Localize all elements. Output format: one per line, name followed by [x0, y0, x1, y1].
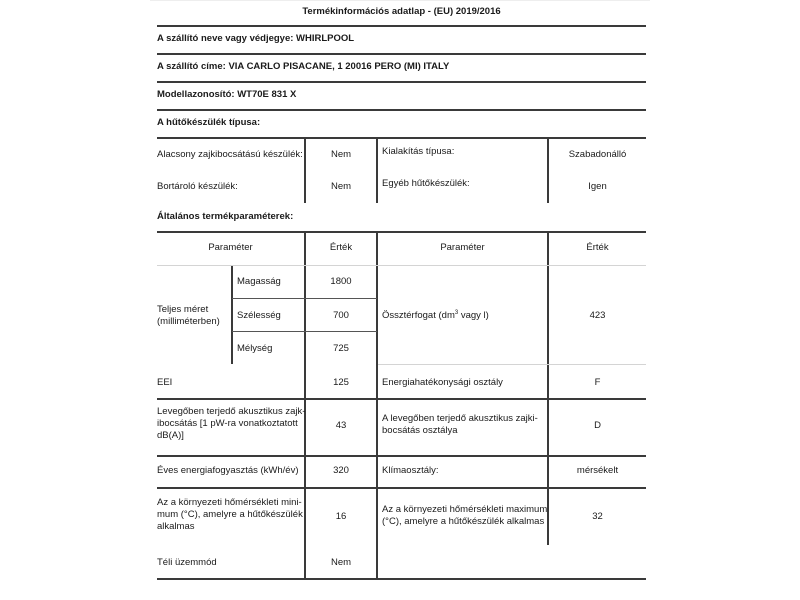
header-divider [157, 265, 646, 266]
row-value-2: F [549, 377, 646, 389]
dimension-value: 725 [306, 343, 376, 355]
row-divider [157, 487, 646, 489]
dimensions-label-line1: Teljes méret [157, 304, 208, 316]
row-label-line: Levegőben terjedő akusztikus zajk- [157, 406, 305, 418]
row-value-2: D [549, 420, 646, 432]
row-label: Bortároló készülék: [157, 181, 238, 193]
row-value-2: Szabadonálló [549, 149, 646, 161]
row-label: EEI [157, 377, 172, 389]
header-value-2: Érték [549, 242, 646, 254]
row-value-2: 32 [549, 511, 646, 523]
dimension-value: 700 [306, 310, 376, 322]
row-label-line: ibocsátás [1 pW-ra vonatkoztatott [157, 418, 298, 430]
row-label-2-line: Az a környezeti hőmérsékleti maximum [382, 504, 547, 516]
supplier-name: A szállító neve vagy védjegye: WHIRLPOOL [157, 33, 354, 45]
row-label: Téli üzemmód [157, 557, 217, 569]
model-identifier: Modellazonosító: WT70E 831 X [157, 89, 296, 101]
row-divider [232, 331, 377, 332]
row-label-2-line: A levegőben terjedő akusztikus zajki- [382, 413, 538, 425]
header-value: Érték [306, 242, 376, 254]
row-label-2-line: bocsátás osztálya [382, 425, 458, 437]
column-divider [376, 231, 378, 578]
divider [157, 25, 646, 27]
appliance-type-heading: A hűtőkészülék típusa: [157, 117, 260, 129]
row-label-2: Egyéb hűtőkészülék: [382, 178, 470, 190]
divider [157, 81, 646, 83]
row-label: Éves energiafogyasztás (kWh/év) [157, 465, 299, 477]
row-divider [157, 398, 646, 400]
volume-label-pre: Össztérfogat (dm [382, 310, 455, 321]
document-title: Termékinformációs adatlap - (EU) 2019/20… [157, 6, 646, 18]
row-label-2-line: (°C), amelyre a hűtőkészülék alkalmas [382, 516, 544, 528]
row-label-line: mum (°C), amelyre a hűtőkészülék [157, 509, 303, 521]
row-divider [157, 455, 646, 457]
row-label-line: alkalmas [157, 521, 195, 533]
volume-value: 423 [549, 310, 646, 322]
table-top-border [157, 137, 646, 139]
general-params-heading: Általános termékparaméterek: [157, 211, 293, 223]
row-label-2: Energiahatékonysági osztály [382, 377, 503, 389]
row-value-2: mérsékelt [549, 465, 646, 477]
volume-label-post: vagy l) [458, 310, 489, 321]
row-label-line: Az a környezeti hőmérsékleti mini- [157, 497, 302, 509]
row-value: Nem [306, 181, 376, 193]
dimensions-label-line2: (milliméterben) [157, 316, 220, 328]
row-divider [232, 298, 377, 299]
column-divider [547, 137, 549, 203]
dimension-value: 1800 [306, 276, 376, 288]
page-edge [150, 0, 650, 1]
table-bottom-border [157, 578, 646, 580]
divider [157, 53, 646, 55]
row-value: 43 [306, 420, 376, 432]
dimension-label: Magasság [237, 276, 281, 288]
dimension-label: Mélység [237, 343, 272, 355]
row-value-2: Igen [549, 181, 646, 193]
row-label: Alacsony zajkibocsátású készülék: [157, 149, 303, 161]
row-value: 320 [306, 465, 376, 477]
row-value: Nem [306, 149, 376, 161]
subcolumn-divider [231, 266, 233, 364]
row-value: 125 [306, 377, 376, 389]
column-divider [304, 137, 306, 203]
row-value: 16 [306, 511, 376, 523]
row-value: Nem [306, 557, 376, 569]
divider [157, 109, 646, 111]
supplier-address: A szállító címe: VIA CARLO PISACANE, 1 2… [157, 61, 449, 73]
table-top-border [157, 231, 646, 233]
dimension-label: Szélesség [237, 310, 281, 322]
row-label-2: Kialakítás típusa: [382, 146, 454, 158]
row-label-2: Klímaosztály: [382, 465, 439, 477]
header-param-2: Paraméter [378, 242, 547, 254]
volume-label: Össztérfogat (dm3 vagy l) [382, 310, 489, 322]
header-param: Paraméter [157, 242, 304, 254]
row-divider [378, 364, 646, 365]
row-label-line: dB(A)] [157, 430, 184, 442]
column-divider [376, 137, 378, 203]
